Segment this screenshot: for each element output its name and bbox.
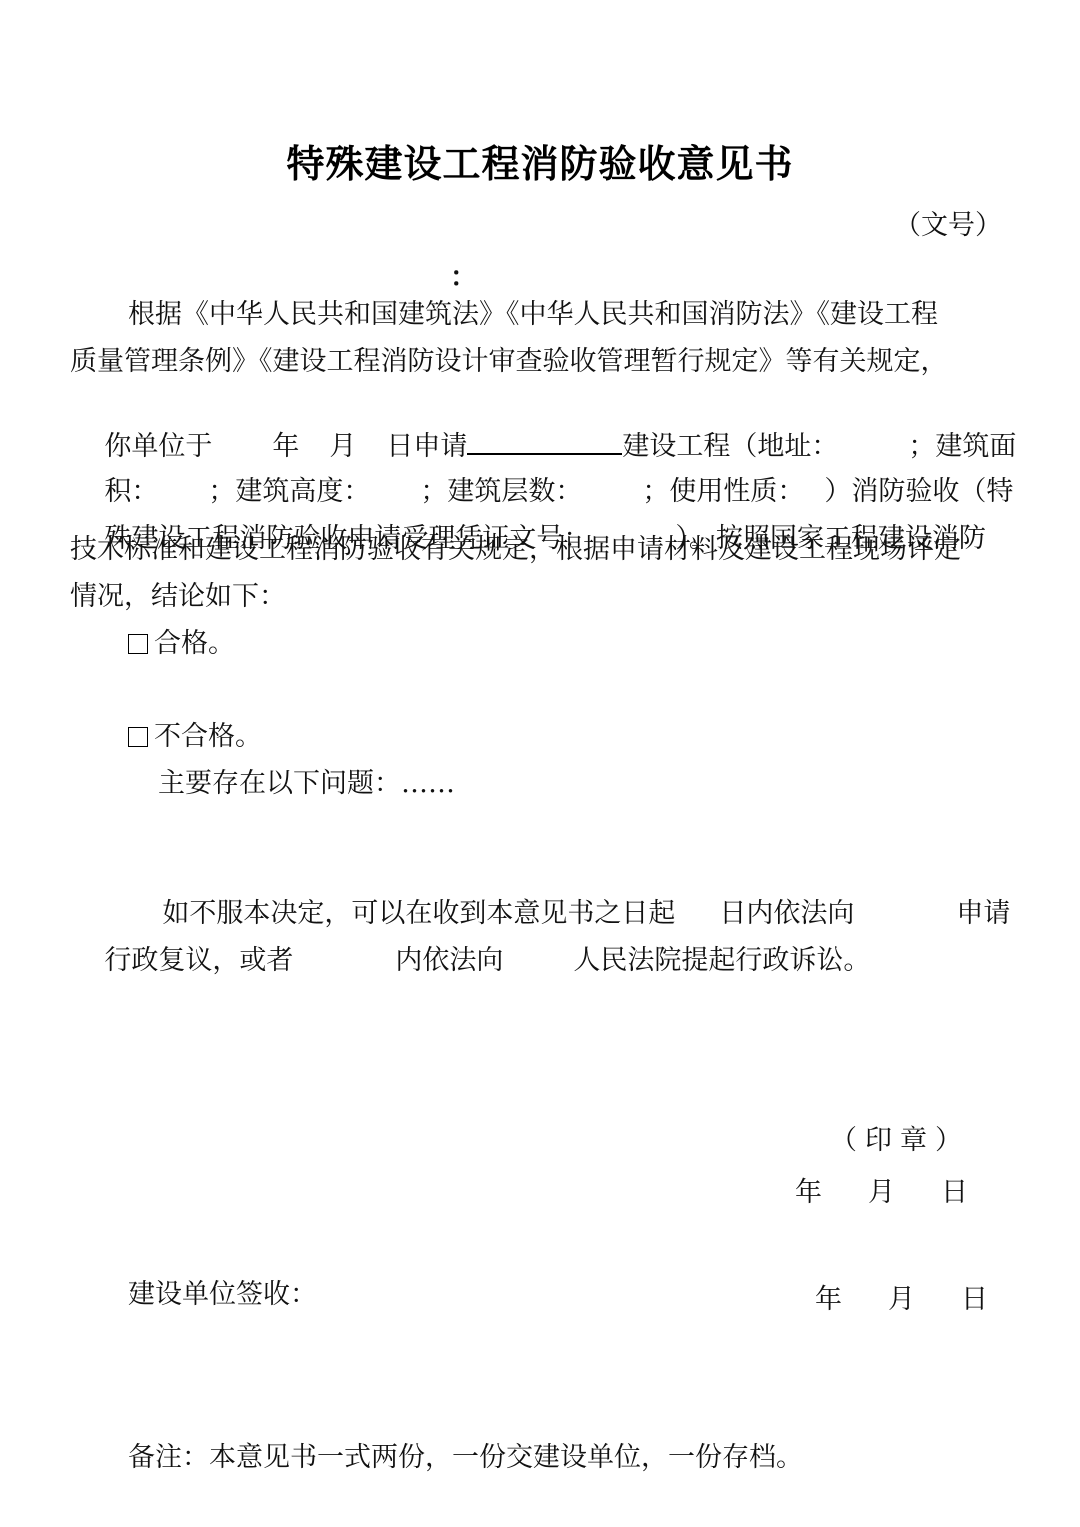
- appeal-text-4: 行政复议，或者: [104, 945, 293, 976]
- body-line-2: 质量管理条例》《建设工程消防设计审查验收管理暂行规定》等有关规定，: [70, 344, 1015, 380]
- checkbox-fail[interactable]: [128, 727, 148, 747]
- document-page: 特殊建设工程消防验收意见书 （文号） ： 根据《中华人民共和国建筑法》《中华人民…: [0, 0, 1080, 1527]
- receipt-month-label: 月: [888, 1277, 915, 1316]
- issue-year-label: 年: [795, 1170, 822, 1209]
- appeal-text-5: 内依法向: [395, 945, 503, 976]
- option-pass[interactable]: 合格。: [128, 626, 235, 662]
- appeal-line-2: 行政复议，或者内依法向人民法院提起行政诉讼。: [70, 907, 1015, 1015]
- receipt-day-label: 日: [961, 1277, 988, 1316]
- issues-text: 主要存在以下问题：……: [158, 766, 1080, 802]
- issue-date: 年 月 日: [795, 1170, 968, 1209]
- body-line-7: 情况，结论如下：: [70, 579, 1015, 615]
- appeal-text-6: 人民法院提起行政诉讼。: [573, 945, 870, 976]
- option-fail[interactable]: 不合格。: [128, 719, 262, 755]
- stamp-label: （印章）: [830, 1118, 970, 1157]
- issue-day-label: 日: [941, 1170, 968, 1209]
- checkbox-pass[interactable]: [128, 634, 148, 654]
- option-pass-label: 合格。: [154, 626, 235, 662]
- recipient-field: ：: [450, 255, 477, 294]
- document-number-label: （文号）: [894, 203, 1002, 242]
- option-fail-label: 不合格。: [154, 719, 262, 755]
- remarks-note: 备注：本意见书一式两份，一份交建设单位，一份存档。: [128, 1435, 803, 1474]
- document-title: 特殊建设工程消防验收意见书: [0, 133, 1080, 188]
- receipt-date: 年 月 日: [815, 1277, 988, 1316]
- body-line-6: 技术标准和建设工程消防验收有关规定，根据申请材料及建设工程现场评定: [70, 532, 1015, 568]
- issue-month-label: 月: [868, 1170, 895, 1209]
- body-line-1: 根据《中华人民共和国建筑法》《中华人民共和国消防法》《建设工程: [128, 297, 1015, 333]
- receipt-year-label: 年: [815, 1277, 842, 1316]
